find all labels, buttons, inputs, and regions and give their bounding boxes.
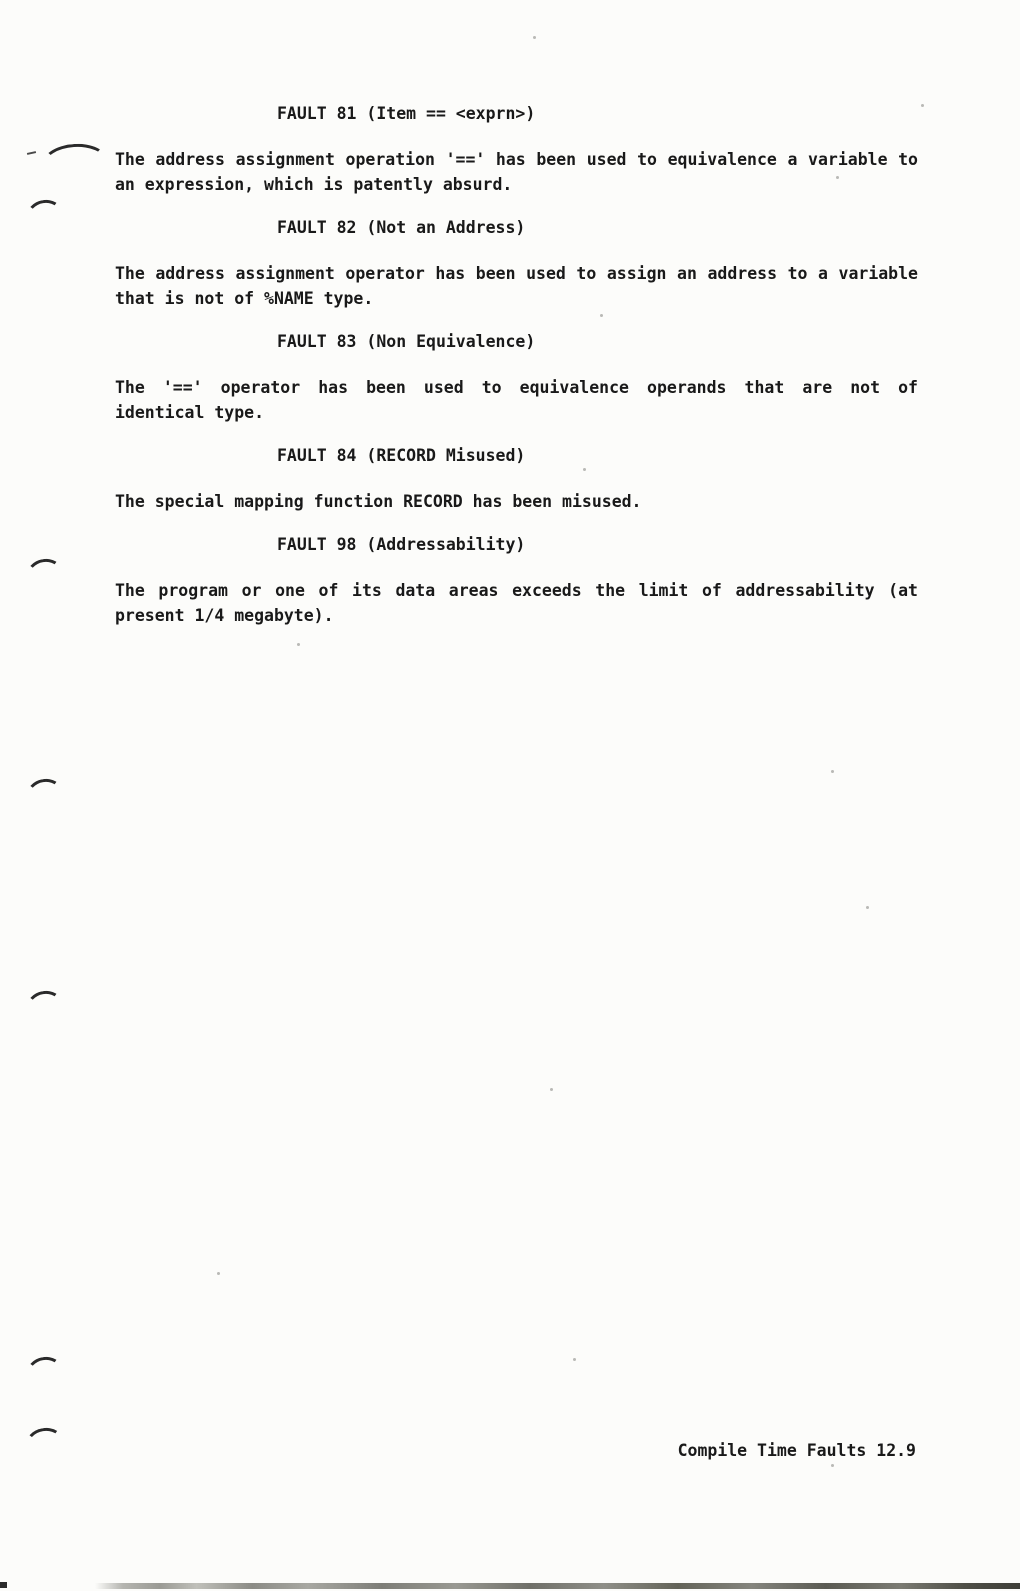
footer-text: Compile Time Faults 12.9 bbox=[678, 1441, 916, 1460]
fault-section: FAULT 81 (Item == <exprn>) The address a… bbox=[115, 101, 918, 197]
scan-speck bbox=[831, 770, 834, 773]
fault-section: FAULT 82 (Not an Address) The address as… bbox=[115, 215, 918, 311]
text-line: The special mapping function RECORD has … bbox=[115, 489, 918, 514]
fault-description: The '==' operator has been used to equiv… bbox=[115, 375, 918, 425]
fault-description: The program or one of its data areas exc… bbox=[115, 578, 918, 628]
scan-speck bbox=[550, 1088, 553, 1091]
fault-heading: FAULT 83 (Non Equivalence) bbox=[277, 329, 918, 354]
text-line: The '==' operator has been used to equiv… bbox=[115, 375, 918, 400]
scan-edge-artifact bbox=[95, 1583, 1020, 1589]
margin-arc-mark bbox=[25, 988, 65, 1023]
margin-arc-mark bbox=[41, 142, 109, 185]
text-line: that is not of %NAME type. bbox=[115, 286, 918, 311]
scan-speck bbox=[921, 104, 924, 107]
text-line: present 1/4 megabyte). bbox=[115, 603, 918, 628]
fault-section: FAULT 98 (Addressability) The program or… bbox=[115, 532, 918, 628]
fault-section: FAULT 83 (Non Equivalence) The '==' oper… bbox=[115, 329, 918, 425]
text-line: The program or one of its data areas exc… bbox=[115, 578, 918, 603]
margin-arc-mark bbox=[24, 1425, 66, 1462]
fault-section: FAULT 84 (RECORD Misused) The special ma… bbox=[115, 443, 918, 514]
fault-list: FAULT 81 (Item == <exprn>) The address a… bbox=[115, 101, 918, 646]
text-line: an expression, which is patently absurd. bbox=[115, 172, 918, 197]
margin-dash-mark bbox=[27, 151, 36, 155]
fault-description: The address assignment operation '==' ha… bbox=[115, 147, 918, 197]
margin-arc-mark bbox=[25, 197, 65, 232]
page-footer: Compile Time Faults 12.9 bbox=[678, 1438, 916, 1463]
text-line: identical type. bbox=[115, 400, 918, 425]
scan-speck bbox=[217, 1272, 220, 1275]
fault-heading: FAULT 81 (Item == <exprn>) bbox=[277, 101, 918, 126]
text-line: The address assignment operator has been… bbox=[115, 261, 918, 286]
fault-description: The address assignment operator has been… bbox=[115, 261, 918, 311]
document-page: FAULT 81 (Item == <exprn>) The address a… bbox=[0, 0, 1020, 1591]
margin-arc-mark bbox=[25, 776, 65, 811]
margin-arc-mark bbox=[25, 1354, 65, 1389]
scan-speck bbox=[573, 1358, 576, 1361]
scan-speck bbox=[533, 36, 536, 39]
scan-speck bbox=[866, 906, 869, 909]
margin-arc-mark bbox=[25, 556, 65, 591]
fault-description: The special mapping function RECORD has … bbox=[115, 489, 918, 514]
scan-corner-artifact bbox=[0, 1582, 7, 1588]
fault-heading: FAULT 82 (Not an Address) bbox=[277, 215, 918, 240]
fault-heading: FAULT 98 (Addressability) bbox=[277, 532, 918, 557]
text-line: The address assignment operation '==' ha… bbox=[115, 147, 918, 172]
fault-heading: FAULT 84 (RECORD Misused) bbox=[277, 443, 918, 468]
scan-speck bbox=[831, 1464, 834, 1467]
